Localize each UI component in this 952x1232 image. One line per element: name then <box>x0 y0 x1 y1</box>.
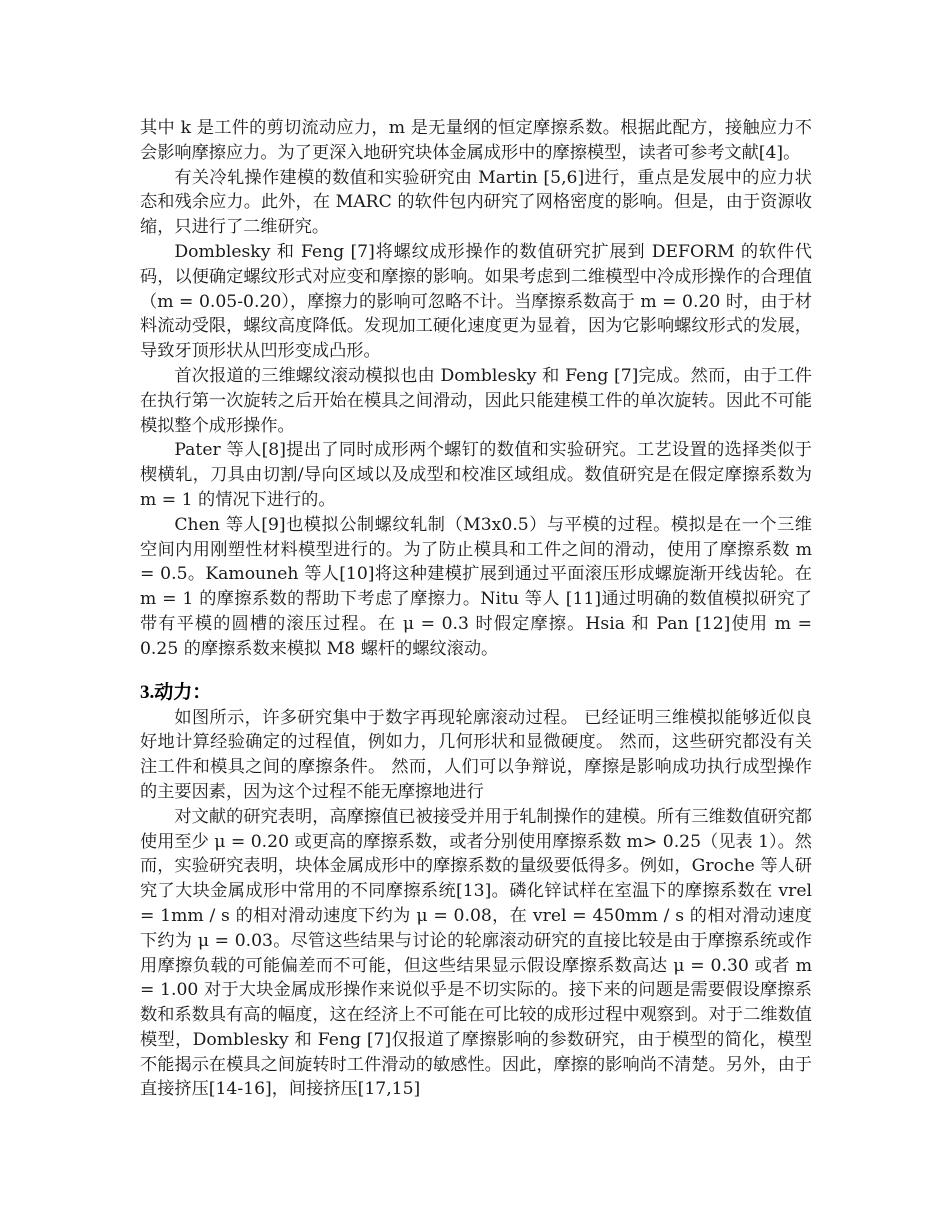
paragraph-literature-friction: 对文献的研究表明，高摩擦值已被接受并用于轧制操作的建模。所有三维数值研究都使用至… <box>140 805 812 1103</box>
section-heading-motivation: 3.动力： <box>140 680 812 706</box>
paragraph-pater: Pater 等人[8]提出了同时成形两个螺钉的数值和实验研究。工艺设置的选择类似… <box>140 438 812 512</box>
paragraph-chen-kamouneh-nitu-hsia: Chen 等人[9]也模拟公制螺纹轧制（M3x0.5）与平模的过程。模拟是在一个… <box>140 513 812 662</box>
paragraph-friction-model: 其中 k 是工件的剪切流动应力，m 是无量纲的恒定摩擦系数。根据此配方，接触应力… <box>140 116 812 166</box>
paragraph-martin-cold-rolling: 有关冷轧操作建模的数值和实验研究由 Martin [5,6]进行，重点是发展中的… <box>140 166 812 240</box>
paragraph-domblesky-feng-2d: Domblesky 和 Feng [7]将螺纹成形操作的数值研究扩展到 DEFO… <box>140 240 812 364</box>
paragraph-motivation-intro: 如图所示，许多研究集中于数字再现轮廓滚动过程。 已经证明三维模拟能够近似良好地计… <box>140 706 812 805</box>
document-page: 其中 k 是工件的剪切流动应力，m 是无量纲的恒定摩擦系数。根据此配方，接触应力… <box>140 116 812 1102</box>
paragraph-domblesky-feng-3d: 首次报道的三维螺纹滚动模拟也由 Domblesky 和 Feng [7]完成。然… <box>140 364 812 438</box>
